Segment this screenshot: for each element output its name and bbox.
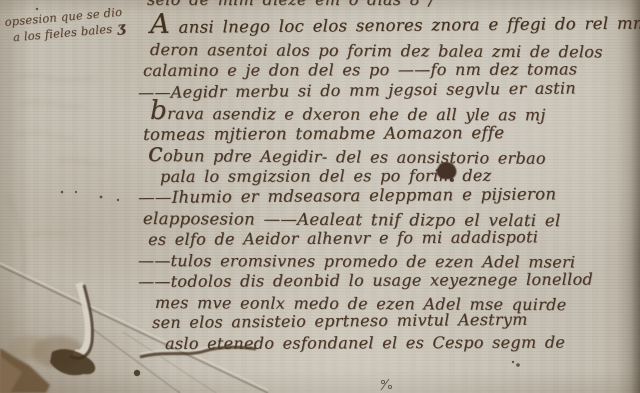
- manuscript-line: sen elos ansisteio eprtneso mivtul Aestr…: [152, 310, 528, 332]
- manuscript-line: brava asendiz e dxeron ehe de all yle as…: [150, 104, 546, 124]
- manuscript-line: pala lo smgizsion del es po forim dez: [160, 166, 491, 186]
- manuscript-text-block: selo de mim dieze em o dias 8 / A ansi l…: [0, 0, 640, 393]
- manuscript-line: ——tulos eromsivnes promedo de ezen Adel …: [138, 251, 575, 272]
- manuscript-line: tomeas mjtieron tomabme Aomazon effe: [143, 123, 504, 144]
- manuscript-line: calamino e je don del es po ——fo nm dez …: [143, 59, 577, 80]
- manuscript-line: es elfo de Aeidor alhenvr e fo mi adadis…: [148, 227, 538, 249]
- manuscript-line: ——Ihumio er mdseasora eleppman e pijsier…: [138, 184, 556, 207]
- manuscript-line: cobun pdre Aegidir- del es aonsistorio e…: [148, 146, 546, 168]
- manuscript-line: ——todolos dis deonbid lo usage xeyeznege…: [138, 270, 593, 291]
- manuscript-line: deron asentoi alos po forim dez balea zm…: [150, 40, 603, 61]
- manuscript-line: A ansi lnego loc elos senores znora e ff…: [150, 14, 640, 37]
- manuscript-line: aslo etenedo esfondanel el es Cespo segm…: [165, 333, 565, 353]
- manuscript-photo: opsesion que se dio a los fieles balesʒ …: [0, 0, 640, 393]
- manuscript-line: ——Aegidr merbu si do mm jegsoi segvlu er…: [138, 78, 576, 102]
- manuscript-line-top-partial: selo de mim dieze em o dias 8 /: [147, 0, 434, 9]
